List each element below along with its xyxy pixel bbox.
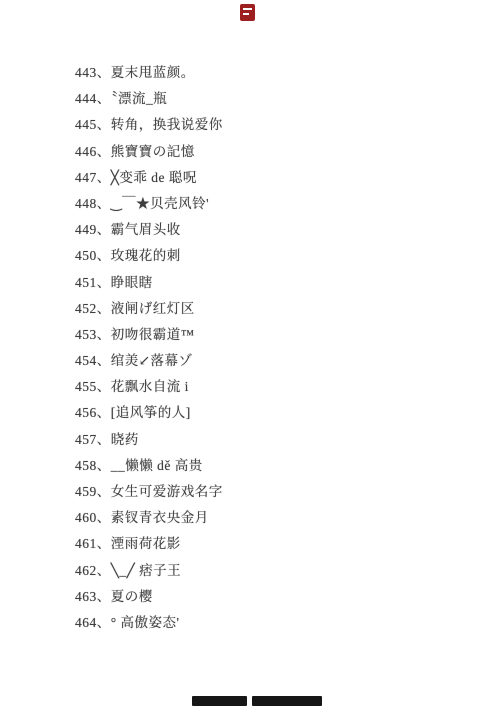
list-item: 447、╳变乖 de 聪呪 (75, 165, 223, 191)
item-number: 461、 (75, 536, 111, 551)
item-number: 453、 (75, 327, 111, 342)
item-number: 454、 (75, 353, 111, 368)
list-item: 459、女生可爱游戏名字 (75, 479, 223, 505)
document-page: 443、夏末甩蓝颜。444、〝漂流_瓶445、转角，换我说爱你446、熊寶寶の記… (0, 0, 500, 708)
item-number: 463、 (75, 589, 111, 604)
list-item: 450、玫瑰花的刺 (75, 243, 223, 269)
list-item: 454、绾羙↙落幕ゾ (75, 348, 223, 374)
list-item: 463、夏の樱 (75, 584, 223, 610)
list-item: 449、霸气眉头收 (75, 217, 223, 243)
list-item: 453、初吻很霸道™ (75, 322, 223, 348)
item-number: 449、 (75, 222, 111, 237)
item-number: 443、 (75, 65, 111, 80)
item-text: ‿￣★贝壳风铃' (111, 196, 209, 211)
nickname-list: 443、夏末甩蓝颜。444、〝漂流_瓶445、转角，换我说爱你446、熊寶寶の記… (75, 60, 223, 636)
item-number: 451、 (75, 275, 111, 290)
list-item: 455、花飘水自流 i (75, 374, 223, 400)
item-text: 花飘水自流 i (111, 379, 189, 394)
item-text: 转角，换我说爱你 (111, 117, 223, 132)
list-item: 452、液闸げ红灯区 (75, 296, 223, 322)
redaction-bar-right (252, 696, 322, 706)
item-number: 457、 (75, 432, 111, 447)
item-number: 450、 (75, 248, 111, 263)
item-text: 女生可爱游戏名字 (111, 484, 223, 499)
red-logo-icon (240, 4, 255, 21)
item-text: ° 高傲姿态' (111, 615, 180, 630)
item-text: 初吻很霸道™ (111, 327, 195, 342)
item-text: 夏の樱 (111, 589, 153, 604)
list-item: 462、╲_╱ 痞子王 (75, 558, 223, 584)
item-number: 447、 (75, 170, 111, 185)
list-item: 443、夏末甩蓝颜。 (75, 60, 223, 86)
item-number: 460、 (75, 510, 111, 525)
item-text: 夏末甩蓝颜。 (111, 65, 195, 80)
item-text: 熊寶寶の記憶 (111, 144, 195, 159)
item-text: ╳变乖 de 聪呪 (111, 170, 197, 185)
item-text: 绾羙↙落幕ゾ (111, 353, 193, 368)
item-number: 459、 (75, 484, 111, 499)
list-item: 458、__懒懒 dě 高贵 (75, 453, 223, 479)
redaction-bar-left (192, 696, 247, 706)
list-item: 445、转角，换我说爱你 (75, 112, 223, 138)
item-number: 464、 (75, 615, 111, 630)
item-text: 晓药 (111, 432, 139, 447)
item-text: 睁眼瞎 (111, 275, 153, 290)
item-number: 446、 (75, 144, 111, 159)
item-number: 455、 (75, 379, 111, 394)
list-item: 451、睁眼瞎 (75, 270, 223, 296)
item-text: __懒懒 dě 高贵 (111, 458, 203, 473)
item-text: 〝漂流_瓶 (111, 91, 168, 106)
item-number: 444、 (75, 91, 111, 106)
item-number: 448、 (75, 196, 111, 211)
item-text: ╲_╱ 痞子王 (111, 563, 181, 578)
item-number: 456、 (75, 405, 111, 420)
list-item: 457、晓药 (75, 427, 223, 453)
item-number: 445、 (75, 117, 111, 132)
item-number: 462、 (75, 563, 111, 578)
list-item: 456、[追风筝的人] (75, 400, 223, 426)
item-text: 素钗青衣央金月 (111, 510, 209, 525)
list-item: 448、‿￣★贝壳风铃' (75, 191, 223, 217)
item-text: 湮雨荷花影 (111, 536, 181, 551)
item-text: 玫瑰花的刺 (111, 248, 181, 263)
item-text: [追风筝的人] (111, 405, 191, 420)
list-item: 444、〝漂流_瓶 (75, 86, 223, 112)
list-item: 464、° 高傲姿态' (75, 610, 223, 636)
list-item: 446、熊寶寶の記憶 (75, 139, 223, 165)
item-number: 458、 (75, 458, 111, 473)
item-number: 452、 (75, 301, 111, 316)
item-text: 霸气眉头收 (111, 222, 181, 237)
list-item: 461、湮雨荷花影 (75, 531, 223, 557)
list-item: 460、素钗青衣央金月 (75, 505, 223, 531)
item-text: 液闸げ红灯区 (111, 301, 195, 316)
